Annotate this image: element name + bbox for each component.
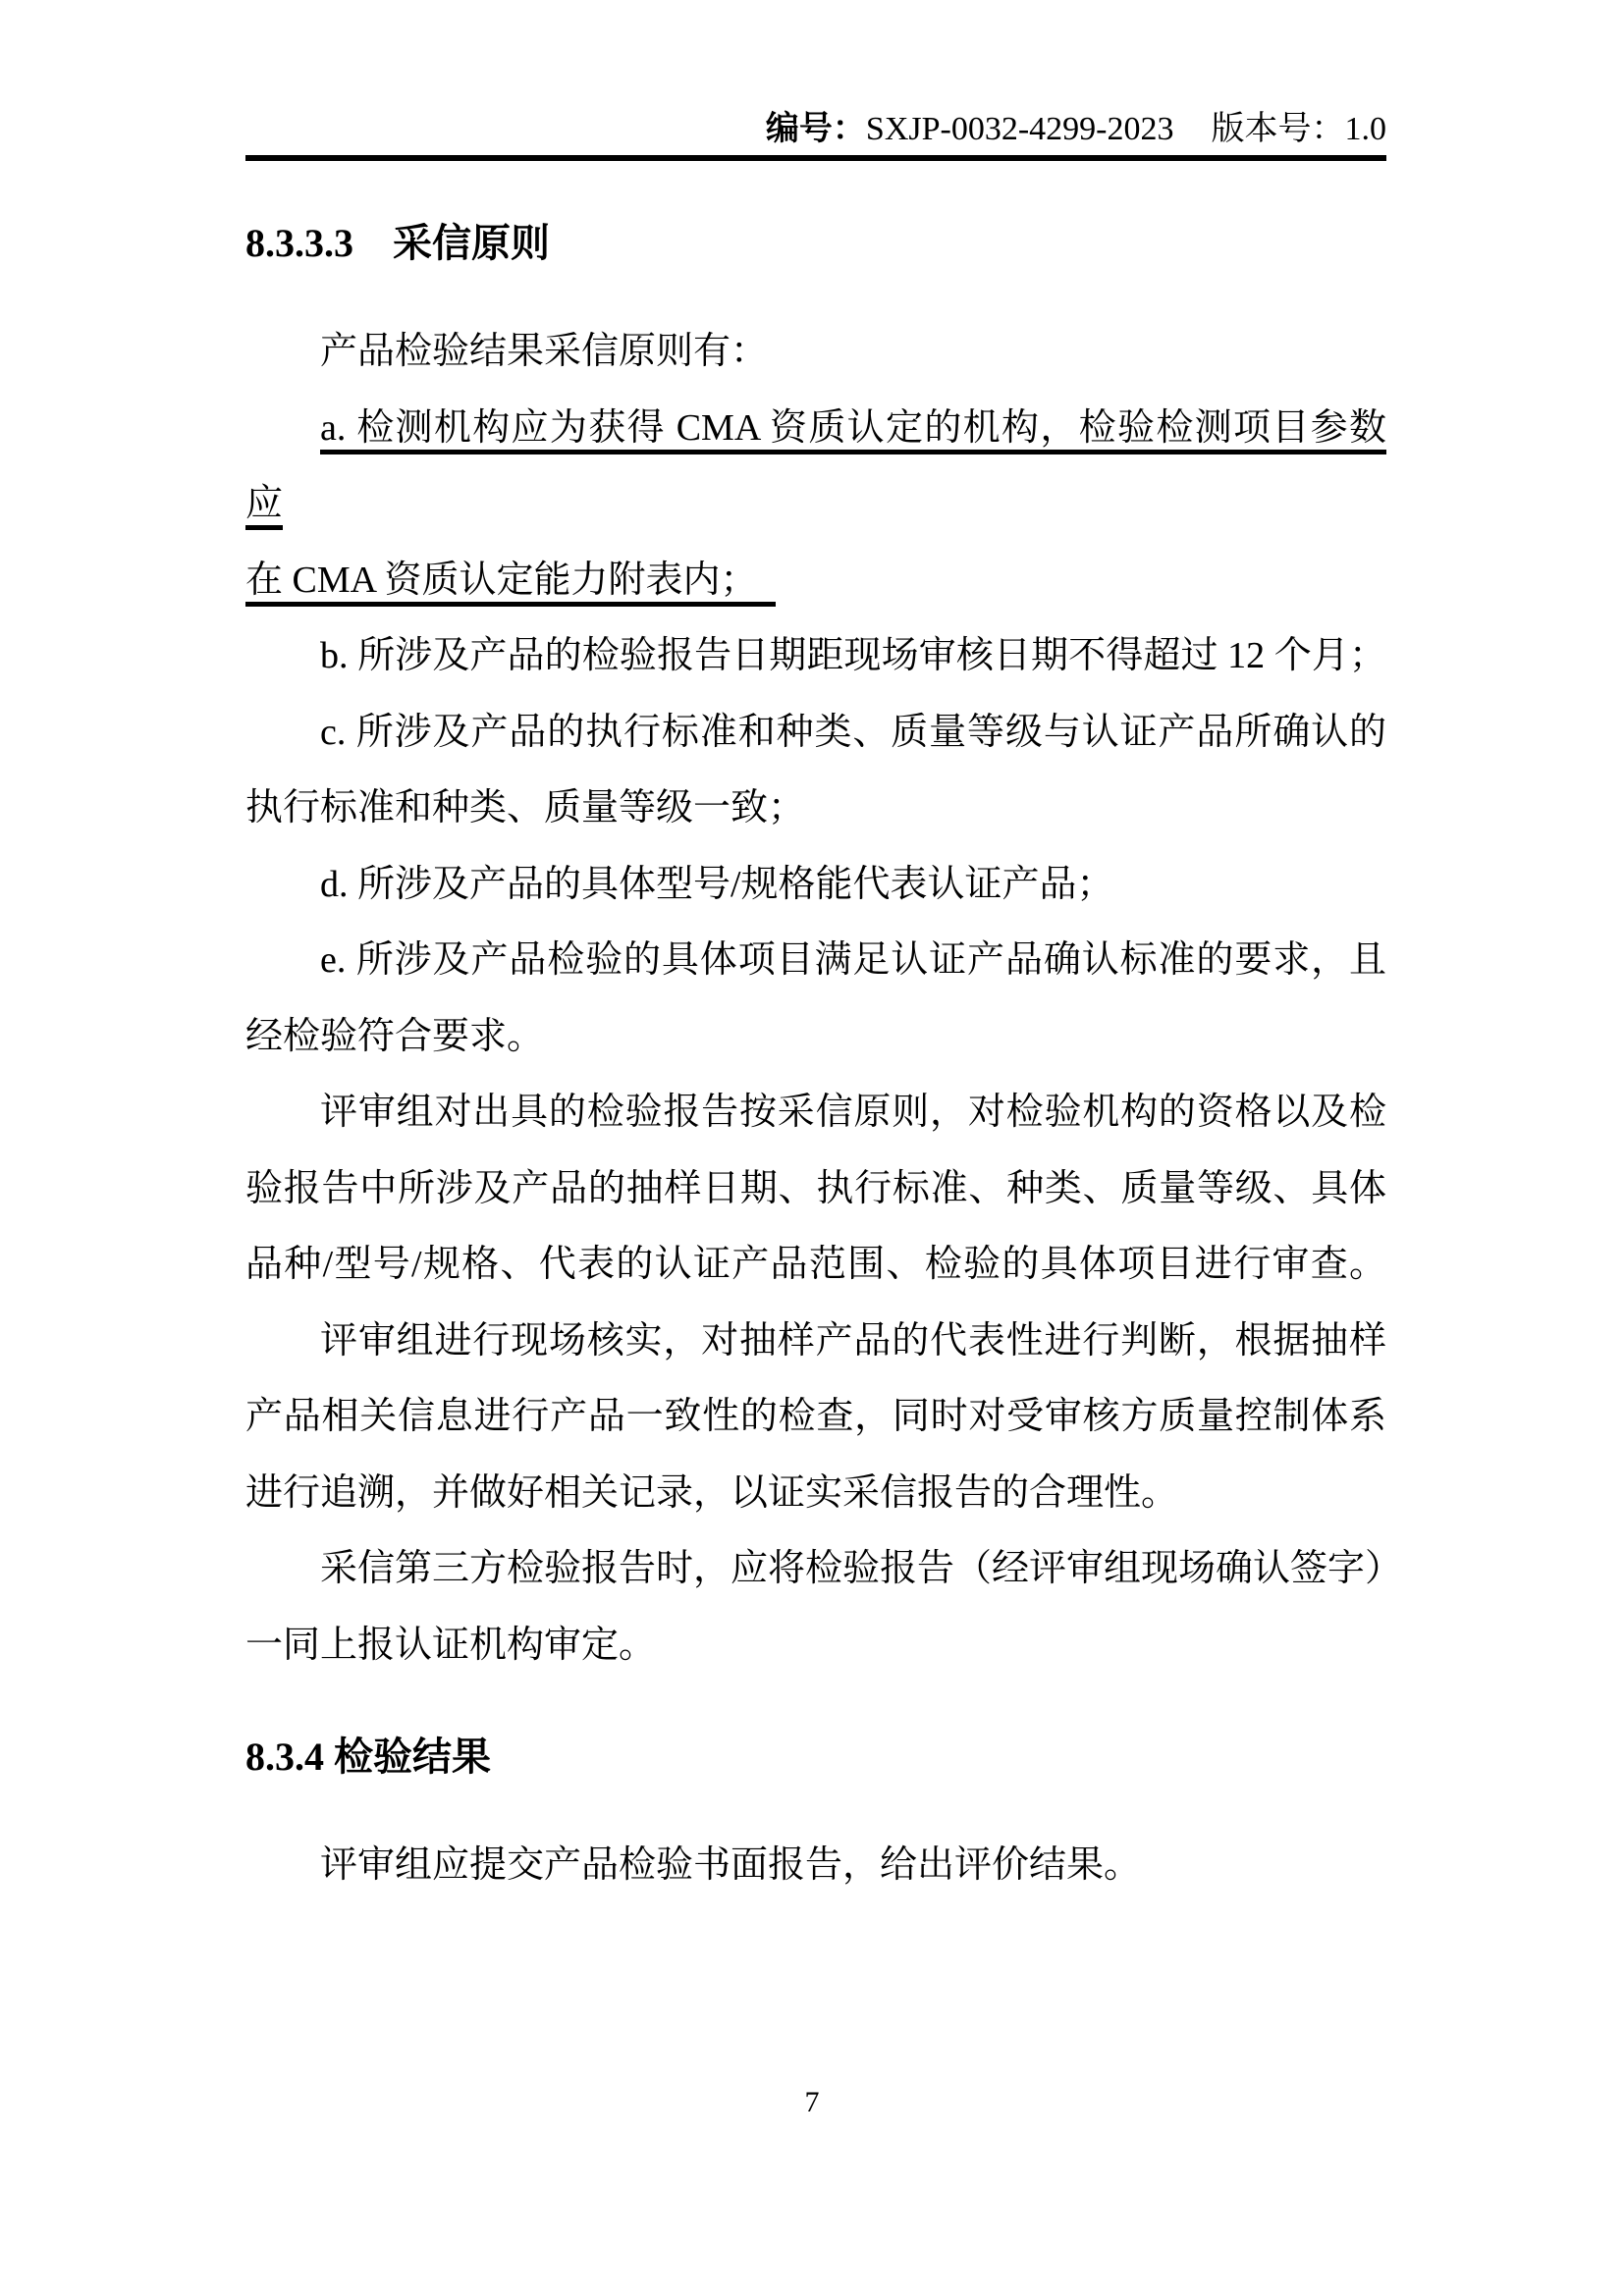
doc-code-value: SXJP-0032-4299-2023 <box>866 111 1174 147</box>
text-line: 产品检验结果采信原则有： <box>245 314 1386 391</box>
text-line: 执行标准和种类、质量等级一致； <box>245 771 1386 847</box>
text-run: 采信第三方检验报告时，应将检验报告（经评审组现场确认签字） <box>320 1548 1402 1589</box>
text-run: 品种/型号/规格、代表的认证产品范围、检验的具体项目进行审查。 <box>245 1244 1386 1285</box>
text-line: e. 所涉及产品检验的具体项目满足认证产品确认标准的要求，且 <box>245 923 1386 999</box>
text-run: 产品相关信息进行产品一致性的检查，同时对受审核方质量控制体系 <box>245 1396 1386 1437</box>
text-line: c. 所涉及产品的执行标准和种类、质量等级与认证产品所确认的 <box>245 695 1386 772</box>
text-line: 评审组应提交产品检验书面报告，给出评价结果。 <box>245 1828 1386 1904</box>
text-run: 产品检验结果采信原则有： <box>320 331 768 372</box>
text-run: 进行追溯，并做好相关记录，以证实采信报告的合理性。 <box>245 1472 1178 1514</box>
document-page: 编号：SXJP-0032-4299-2023版本号：1.0 8.3.3.3 采信… <box>0 0 1624 2296</box>
text-run: b. 所涉及产品的检验报告日期距现场审核日期不得超过 12 个月； <box>320 635 1386 676</box>
text-line: 评审组进行现场核实，对抽样产品的代表性进行判断，根据抽样 <box>245 1304 1386 1380</box>
doc-version-value: 1.0 <box>1345 111 1387 147</box>
text-run: 评审组进行现场核实，对抽样产品的代表性进行判断，根据抽样 <box>320 1320 1386 1362</box>
text-run: c. 所涉及产品的执行标准和种类、质量等级与认证产品所确认的 <box>320 712 1386 753</box>
doc-version-label: 版本号： <box>1212 111 1345 147</box>
header-rule <box>245 155 1386 161</box>
text-line: 一同上报认证机构审定。 <box>245 1608 1386 1684</box>
section-heading: 8.3.4 检验结果 <box>245 1735 1386 1779</box>
text-run: 评审组应提交产品检验书面报告，给出评价结果。 <box>320 1844 1141 1886</box>
page-footer: 7 <box>0 2085 1624 2120</box>
page-header: 编号：SXJP-0032-4299-2023版本号：1.0 <box>245 0 1386 149</box>
text-run: a. 检测机构应为获得 CMA 资质认定的机构，检验检测项目参数应 <box>245 407 1386 531</box>
text-run: d. 所涉及产品的具体型号/规格能代表认证产品； <box>320 864 1114 905</box>
text-line: d. 所涉及产品的具体型号/规格能代表认证产品； <box>245 847 1386 924</box>
document-body: 8.3.3.3 采信原则产品检验结果采信原则有：a. 检测机构应为获得 CMA … <box>245 222 1386 1904</box>
document-content: 编号：SXJP-0032-4299-2023版本号：1.0 8.3.3.3 采信… <box>245 0 1386 1904</box>
text-line: 进行追溯，并做好相关记录，以证实采信报告的合理性。 <box>245 1456 1386 1532</box>
text-line: 评审组对出具的检验报告按采信原则，对检验机构的资格以及检 <box>245 1075 1386 1151</box>
text-run: e. 所涉及产品检验的具体项目满足认证产品确认标准的要求，且 <box>320 939 1386 981</box>
text-line: 品种/型号/规格、代表的认证产品范围、检验的具体项目进行审查。 <box>245 1227 1386 1304</box>
text-run: 在 CMA 资质认定能力附表内； <box>245 560 776 607</box>
text-run: 一同上报认证机构审定。 <box>245 1625 656 1666</box>
text-line: 采信第三方检验报告时，应将检验报告（经评审组现场确认签字） <box>245 1531 1386 1608</box>
doc-code-label: 编号： <box>766 111 866 147</box>
section-heading: 8.3.3.3 采信原则 <box>245 222 1386 265</box>
text-run: 执行标准和种类、质量等级一致； <box>245 787 805 828</box>
text-run: 验报告中所涉及产品的抽样日期、执行标准、种类、质量等级、具体 <box>245 1168 1386 1209</box>
text-run: 经检验符合要求。 <box>245 1016 544 1057</box>
text-line: 经检验符合要求。 <box>245 999 1386 1076</box>
text-line: 在 CMA 资质认定能力附表内； <box>245 543 1386 619</box>
text-line: b. 所涉及产品的检验报告日期距现场审核日期不得超过 12 个月； <box>245 618 1386 695</box>
text-line: a. 检测机构应为获得 CMA 资质认定的机构，检验检测项目参数应 <box>245 391 1386 543</box>
text-line: 验报告中所涉及产品的抽样日期、执行标准、种类、质量等级、具体 <box>245 1151 1386 1228</box>
text-line: 产品相关信息进行产品一致性的检查，同时对受审核方质量控制体系 <box>245 1379 1386 1456</box>
page-number: 7 <box>805 2086 820 2118</box>
text-run: 评审组对出具的检验报告按采信原则，对检验机构的资格以及检 <box>320 1092 1386 1133</box>
